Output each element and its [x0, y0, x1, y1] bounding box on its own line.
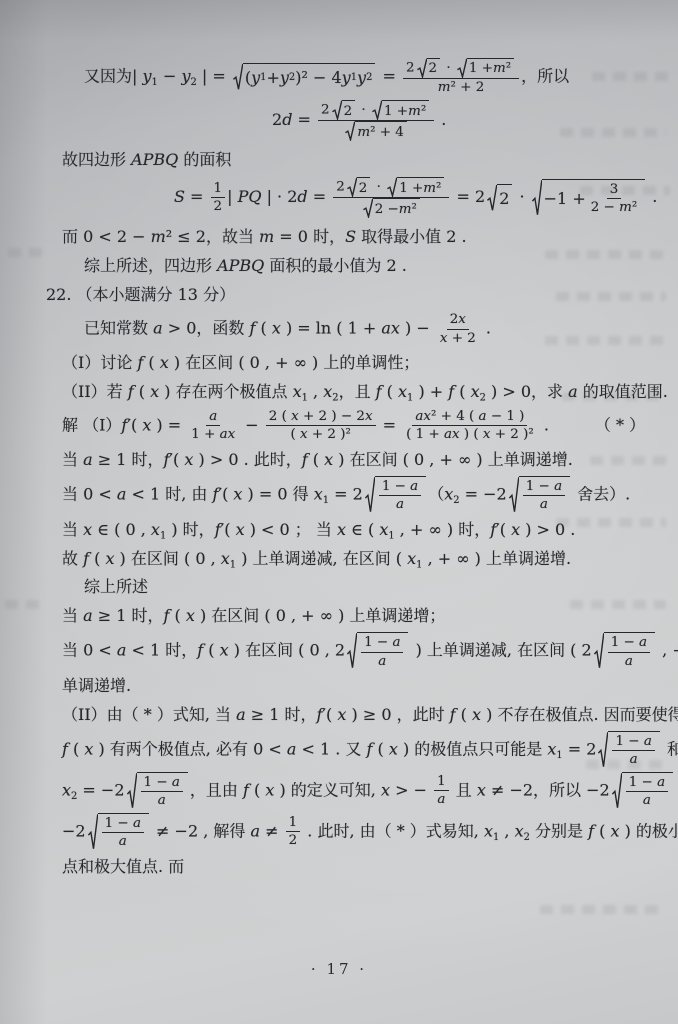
- radical-icon: [88, 813, 98, 851]
- text-line: 而 0 < 2 − m² ≤ 2，故当 m = 0 时，S 取得最小值 2 .: [62, 224, 664, 250]
- square-root: 1 − aa: [509, 476, 570, 514]
- fraction: 2 ( x + 2 ) − 2x( x + 2 )²: [266, 408, 376, 444]
- square-root: ( y1 + y2 )² − 4y1y2: [233, 63, 376, 91]
- square-root: 1 + m²: [372, 100, 429, 120]
- fraction: 22 · 1 + m²2 − m²: [333, 177, 449, 218]
- bleed-through-artifact: [540, 905, 662, 914]
- fraction: 1 − aa: [523, 478, 565, 514]
- square-root: 1 − aa: [365, 476, 426, 514]
- bleed-through-artifact: [5, 600, 39, 609]
- square-root: 1 − aa: [88, 813, 149, 851]
- square-root: 2: [487, 184, 512, 212]
- fraction: 1 − aa: [612, 733, 654, 769]
- text-line: 2d = 22 · 1 + m²m² + 4 .: [62, 100, 664, 141]
- fraction: 22 · 1 + m²m² + 4: [318, 100, 434, 141]
- text-line: 综上所述，四边形 APBQ 面积的最小值为 2 .: [62, 253, 664, 279]
- radical-icon: [487, 184, 497, 212]
- fraction: 1 − aa: [379, 478, 421, 514]
- text-line: 单调递增.: [62, 673, 664, 699]
- square-root: 1 − aa: [612, 772, 673, 810]
- radical-icon: [347, 177, 357, 197]
- fraction: 12: [211, 180, 226, 216]
- radical-icon: [347, 632, 357, 670]
- square-root: m² + 4: [345, 121, 407, 141]
- page: 又因为| y1 − y2 | = ( y1 + y2 )² − 4y1y2 = …: [0, 0, 678, 1024]
- fraction: 1a: [434, 773, 449, 809]
- square-root: 1 + m²: [457, 58, 514, 78]
- fraction: 32 − m²: [588, 181, 641, 217]
- text-line: 点和极大值点. 而: [62, 854, 664, 880]
- text-line: 当 0 < a < 1 时, 由 f′( x ) = 0 得 x1 = 21 −…: [62, 476, 664, 514]
- text-line: 综上所述: [62, 574, 664, 600]
- square-root: −1 + 32 − m²: [532, 179, 646, 217]
- text-line: 22. （本小题满分 13 分）: [46, 282, 664, 308]
- text-line: （II）若 f ( x ) 存在两个极值点 x1 , x2，且 f ( x1 )…: [62, 379, 664, 405]
- fraction: 2xx + 2: [437, 311, 479, 347]
- text-line: （I）讨论 f ( x ) 在区间 ( 0 , + ∞ ) 上的单调性；: [62, 350, 664, 376]
- square-root: 2: [347, 177, 371, 197]
- radical-icon: [457, 58, 467, 78]
- radical-icon: [612, 772, 622, 810]
- square-root: 2: [332, 100, 356, 120]
- radical-icon: [387, 177, 397, 197]
- square-root: 1 − aa: [598, 731, 659, 769]
- text-line: （II）由（ * ）式知, 当 a ≥ 1 时，f′( x ) ≥ 0 ，此时 …: [62, 702, 664, 728]
- page-number: · 17 ·: [0, 960, 678, 978]
- text-line: 当 a ≥ 1 时，f ( x ) 在区间 ( 0 , + ∞ ) 上单调递增；: [62, 603, 664, 629]
- fraction: 1 − aa: [361, 634, 403, 670]
- radical-icon: [365, 476, 375, 514]
- radical-icon: [594, 632, 604, 670]
- bleed-through-artifact: [8, 248, 48, 257]
- radical-icon: [127, 772, 137, 810]
- text-line: 当 x ∈ ( 0 , x1 ) 时，f′( x ) < 0 ； 当 x ∈ (…: [62, 517, 664, 543]
- square-root: 1 − aa: [347, 632, 408, 670]
- square-root: 1 + m²: [387, 177, 444, 197]
- text-line: x2 = −21 − aa，且由 f ( x ) 的定义可知, x > − 1a…: [62, 772, 664, 810]
- fraction: 1 − aa: [608, 634, 650, 670]
- text-line: −21 − aa ≠ −2 , 解得 a ≠ 12 . 此时, 由（ * ）式易…: [62, 813, 664, 851]
- radical-icon: [598, 731, 608, 769]
- text-line: 解 （I）f′( x ) = a1 + ax − 2 ( x + 2 ) − 2…: [62, 408, 664, 444]
- radical-icon: [532, 179, 542, 217]
- document-body: 又因为| y1 − y2 | = ( y1 + y2 )² − 4y1y2 = …: [62, 58, 664, 883]
- scanned-textbook-page: { "colors": { "paper": "#c6c8ca", "ink":…: [0, 0, 678, 1024]
- text-line: 故四边形 APBQ 的面积: [62, 147, 664, 173]
- text-line: S = 12| PQ | · 2d = 22 · 1 + m²2 − m² = …: [62, 177, 664, 218]
- square-root: 1 − aa: [127, 772, 188, 810]
- radical-icon: [332, 100, 342, 120]
- square-root: 2: [417, 58, 441, 78]
- text-line: f ( x ) 有两个极值点, 必有 0 < a < 1 . 又 f ( x )…: [62, 731, 664, 769]
- radical-icon: [509, 476, 519, 514]
- radical-icon: [345, 121, 355, 141]
- fraction: 1 − aa: [141, 774, 183, 810]
- fraction: 1 − aa: [102, 815, 144, 851]
- radical-icon: [233, 63, 243, 91]
- fraction: ax² + 4 ( a − 1 )( 1 + ax ) ( x + 2 )²: [403, 408, 537, 444]
- fraction: a1 + ax: [188, 408, 238, 444]
- fraction: 22 · 1 + m²m² + 2: [403, 58, 519, 96]
- fraction: 1 − aa: [626, 774, 668, 810]
- text-line: 当 0 < a < 1 时，f ( x ) 在区间 ( 0 , 21 − aa …: [62, 632, 664, 670]
- radical-icon: [417, 58, 427, 78]
- fraction: 12: [286, 814, 301, 850]
- text-line: 当 a ≥ 1 时，f′( x ) > 0 . 此时，f ( x ) 在区间 (…: [62, 447, 664, 473]
- text-line: 又因为| y1 − y2 | = ( y1 + y2 )² − 4y1y2 = …: [62, 58, 664, 96]
- square-root: 1 − aa: [594, 632, 655, 670]
- radical-icon: [363, 198, 373, 218]
- text-line: 已知常数 a > 0，函数 f ( x ) = ln ( 1 + ax ) − …: [62, 311, 664, 347]
- square-root: 2 − m²: [363, 198, 420, 218]
- text-line: 故 f ( x ) 在区间 ( 0 , x1 ) 上单调递减, 在区间 ( x1…: [62, 546, 664, 572]
- radical-icon: [372, 100, 382, 120]
